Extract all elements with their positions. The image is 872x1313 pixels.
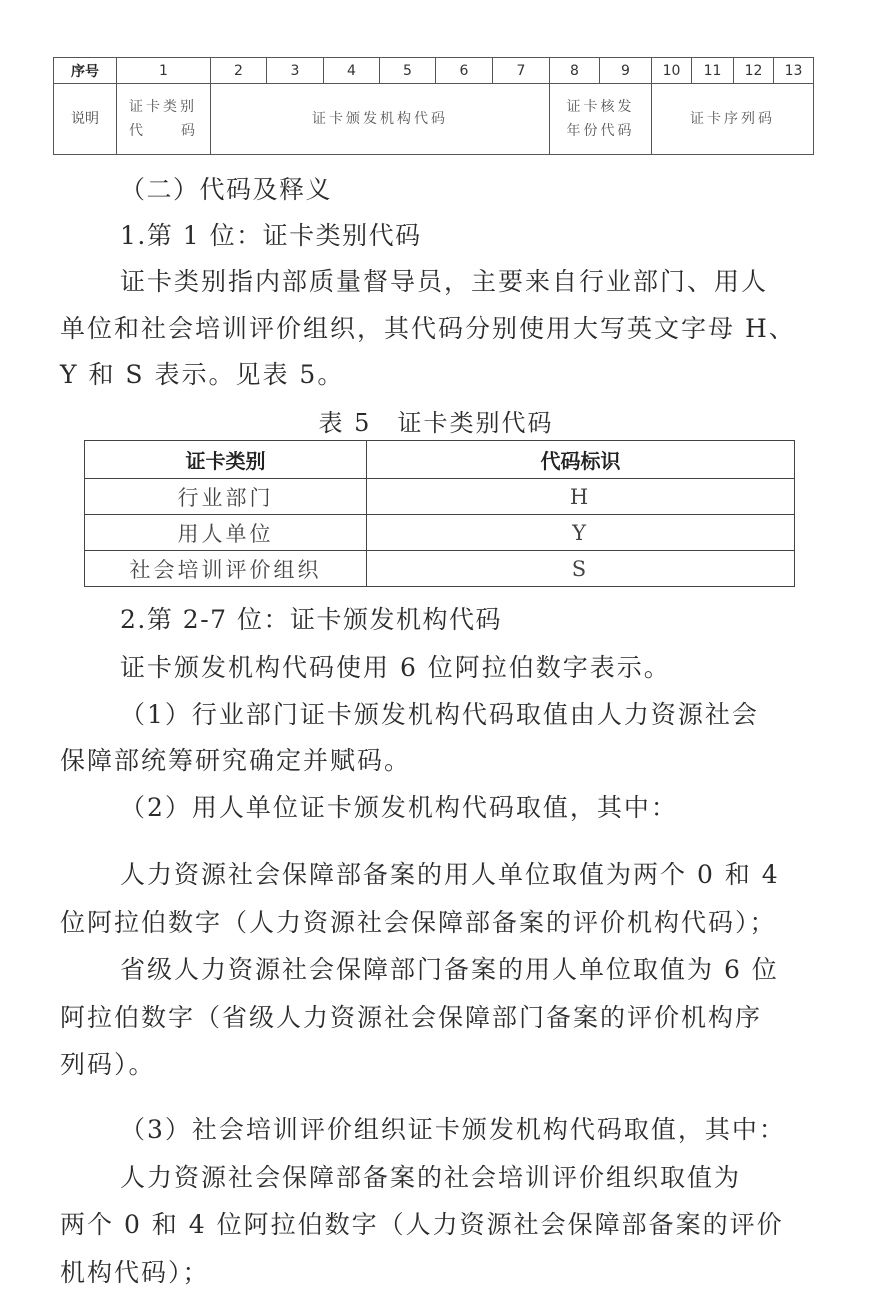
position-cell: 3 (267, 58, 324, 84)
paragraph-line: 机构代码）； (60, 1253, 210, 1289)
table5-header: 代码标识 (367, 441, 795, 479)
group-label-part: 代 (129, 119, 146, 143)
position-cell: 9 (600, 58, 652, 84)
paragraph-line: 人力资源社会保障部备案的社会培训评价组织取值为 (120, 1158, 741, 1194)
table-row: 行业部门 H (85, 479, 795, 515)
table5-header: 证卡类别 (85, 441, 367, 479)
position-row: 序号 1 2 3 4 5 6 7 8 9 10 11 12 13 (54, 58, 814, 84)
table5-caption: 表 5 证卡类别代码 (0, 403, 872, 438)
paragraph-line: 省级人力资源社会保障部门备案的用人单位取值为 6 位 (120, 950, 779, 986)
position-cell: 11 (692, 58, 734, 84)
group-label-part: 码 (181, 119, 198, 143)
paragraph-line: （1）行业部门证卡颁发机构代码取值由人力资源社会 (120, 695, 759, 731)
position-cell: 4 (324, 58, 380, 84)
position-cell: 13 (774, 58, 814, 84)
paragraph-line: 阿拉伯数字（省级人力资源社会保障部门备案的评价机构序 (60, 998, 762, 1034)
table5-cell: Y (367, 515, 795, 551)
paragraph-line: （2）用人单位证卡颁发机构代码取值，其中： (120, 788, 678, 824)
group-label-line2: 代 码 (129, 119, 210, 143)
group-issuer-code: 证卡颁发机构代码 (211, 84, 550, 155)
table5-cell: H (367, 479, 795, 515)
position-cell: 2 (211, 58, 267, 84)
position-cell: 5 (380, 58, 436, 84)
paragraph-line: Y 和 S 表示。见表 5。 (60, 355, 344, 391)
table5-header-row: 证卡类别 代码标识 (85, 441, 795, 479)
table5-cell: 用人单位 (85, 515, 367, 551)
subsection-heading-1: 1.第 1 位：证卡类别代码 (120, 216, 422, 252)
group-category-code: 证卡类别 代 码 (117, 84, 211, 155)
table-row: 社会培训评价组织 S (85, 551, 795, 587)
paragraph-line: 两个 0 和 4 位阿拉伯数字（人力资源社会保障部备案的评价 (60, 1205, 784, 1241)
position-cell: 7 (493, 58, 550, 84)
position-cell: 8 (550, 58, 600, 84)
table5-cell: 行业部门 (85, 479, 367, 515)
subsection-heading-2: 2.第 2-7 位：证卡颁发机构代码 (120, 600, 502, 636)
paragraph-line: （3）社会培训评价组织证卡颁发机构代码取值，其中： (120, 1110, 786, 1146)
paragraph-line: 位阿拉伯数字（人力资源社会保障部备案的评价机构代码）； (60, 903, 777, 939)
row-header-desc: 说明 (54, 84, 117, 155)
position-cell: 6 (436, 58, 493, 84)
table5-cell: S (367, 551, 795, 587)
position-cell: 1 (117, 58, 211, 84)
section-heading: （二）代码及释义 (120, 170, 332, 206)
group-label-line2: 年份代码 (550, 119, 651, 143)
paragraph-line: 证卡类别指内部质量督导员，主要来自行业部门、用人 (120, 262, 768, 298)
paragraph-line: 人力资源社会保障部备案的用人单位取值为两个 0 和 4 (120, 855, 780, 891)
row-header-index: 序号 (54, 58, 117, 84)
paragraph-line: 列码）。 (60, 1045, 156, 1081)
code-structure-table: 序号 1 2 3 4 5 6 7 8 9 10 11 12 13 说明 证卡类别… (53, 57, 814, 155)
paragraph-line: 证卡颁发机构代码使用 6 位阿拉伯数字表示。 (120, 648, 671, 684)
paragraph-line: 保障部统筹研究确定并赋码。 (60, 741, 411, 777)
table-row: 用人单位 Y (85, 515, 795, 551)
group-label-line1: 证卡类别 (129, 95, 210, 119)
paragraph-line: 单位和社会培训评价组织，其代码分别使用大写英文字母 H、 (60, 309, 796, 345)
description-row: 说明 证卡类别 代 码 证卡颁发机构代码 证卡核发 年份代码 证卡序列码 (54, 84, 814, 155)
table5-cell: 社会培训评价组织 (85, 551, 367, 587)
group-label-line1: 证卡核发 (550, 95, 651, 119)
group-serial-code: 证卡序列码 (652, 84, 814, 155)
position-cell: 12 (734, 58, 774, 84)
position-cell: 10 (652, 58, 692, 84)
group-year-code: 证卡核发 年份代码 (550, 84, 652, 155)
table5: 证卡类别 代码标识 行业部门 H 用人单位 Y 社会培训评价组织 S (84, 440, 795, 587)
